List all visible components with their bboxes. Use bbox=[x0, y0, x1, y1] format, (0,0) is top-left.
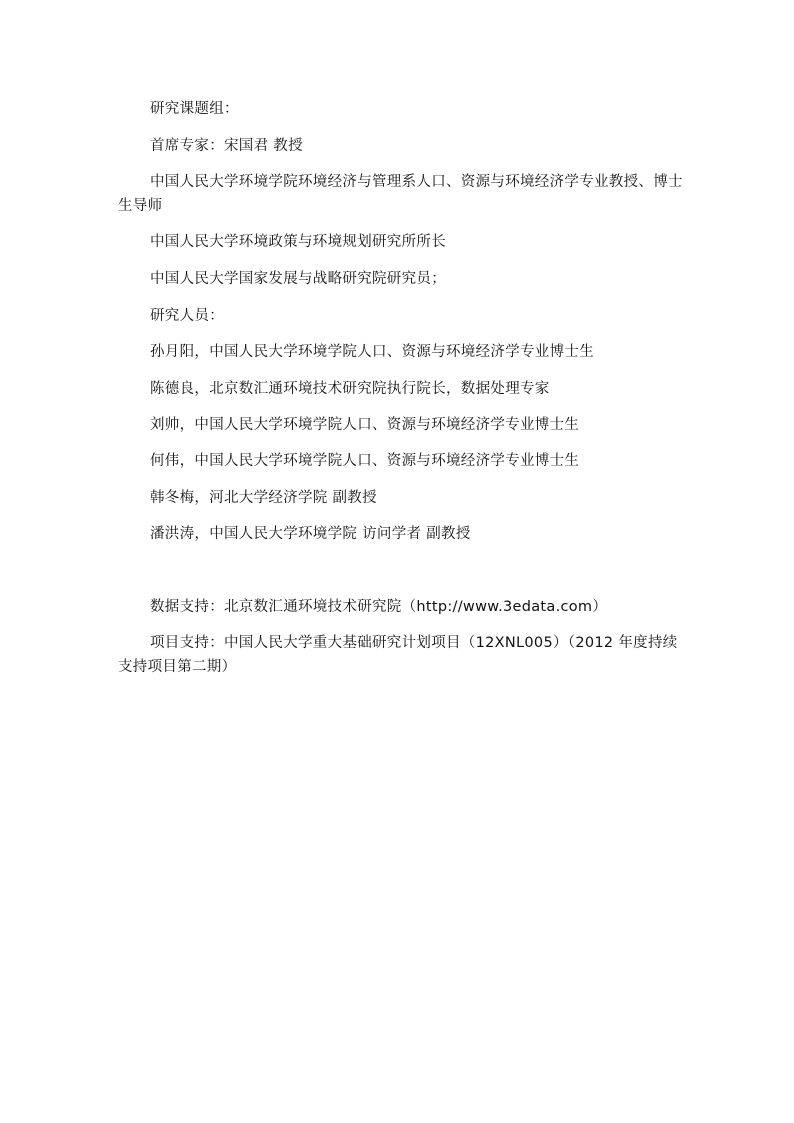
chief-title-2: 中国人民大学环境政策与环境规划研究所所长 bbox=[118, 230, 688, 254]
researcher-5: 韩冬梅，河北大学经济学院 副教授 bbox=[118, 486, 688, 510]
chief-title-3: 中国人民大学国家发展与战略研究院研究员； bbox=[118, 267, 688, 291]
researcher-4: 何伟，中国人民大学环境学院人口、资源与环境经济学专业博士生 bbox=[118, 449, 688, 473]
data-support: 数据支持：北京数汇通环境技术研究院（http://www.3edata.com） bbox=[118, 595, 688, 619]
chief-title-1: 中国人民大学环境学院环境经济与管理系人口、资源与环境经济学专业教授、博士生导师 bbox=[118, 170, 688, 218]
researcher-3: 刘帅，中国人民大学环境学院人口、资源与环境经济学专业博士生 bbox=[118, 413, 688, 437]
researcher-1: 孙月阳，中国人民大学环境学院人口、资源与环境经济学专业博士生 bbox=[118, 340, 688, 364]
project-support: 项目支持：中国人民大学重大基础研究计划项目（12XNL005）（2012 年度持… bbox=[118, 631, 688, 679]
researcher-2: 陈德良，北京数汇通环境技术研究院执行院长，数据处理专家 bbox=[118, 377, 688, 401]
researcher-6: 潘洪涛，中国人民大学环境学院 访问学者 副教授 bbox=[118, 522, 688, 546]
team-heading: 研究课题组： bbox=[118, 97, 688, 121]
researchers-heading: 研究人员： bbox=[118, 304, 688, 328]
chief-expert: 首席专家：宋国君 教授 bbox=[118, 134, 688, 158]
